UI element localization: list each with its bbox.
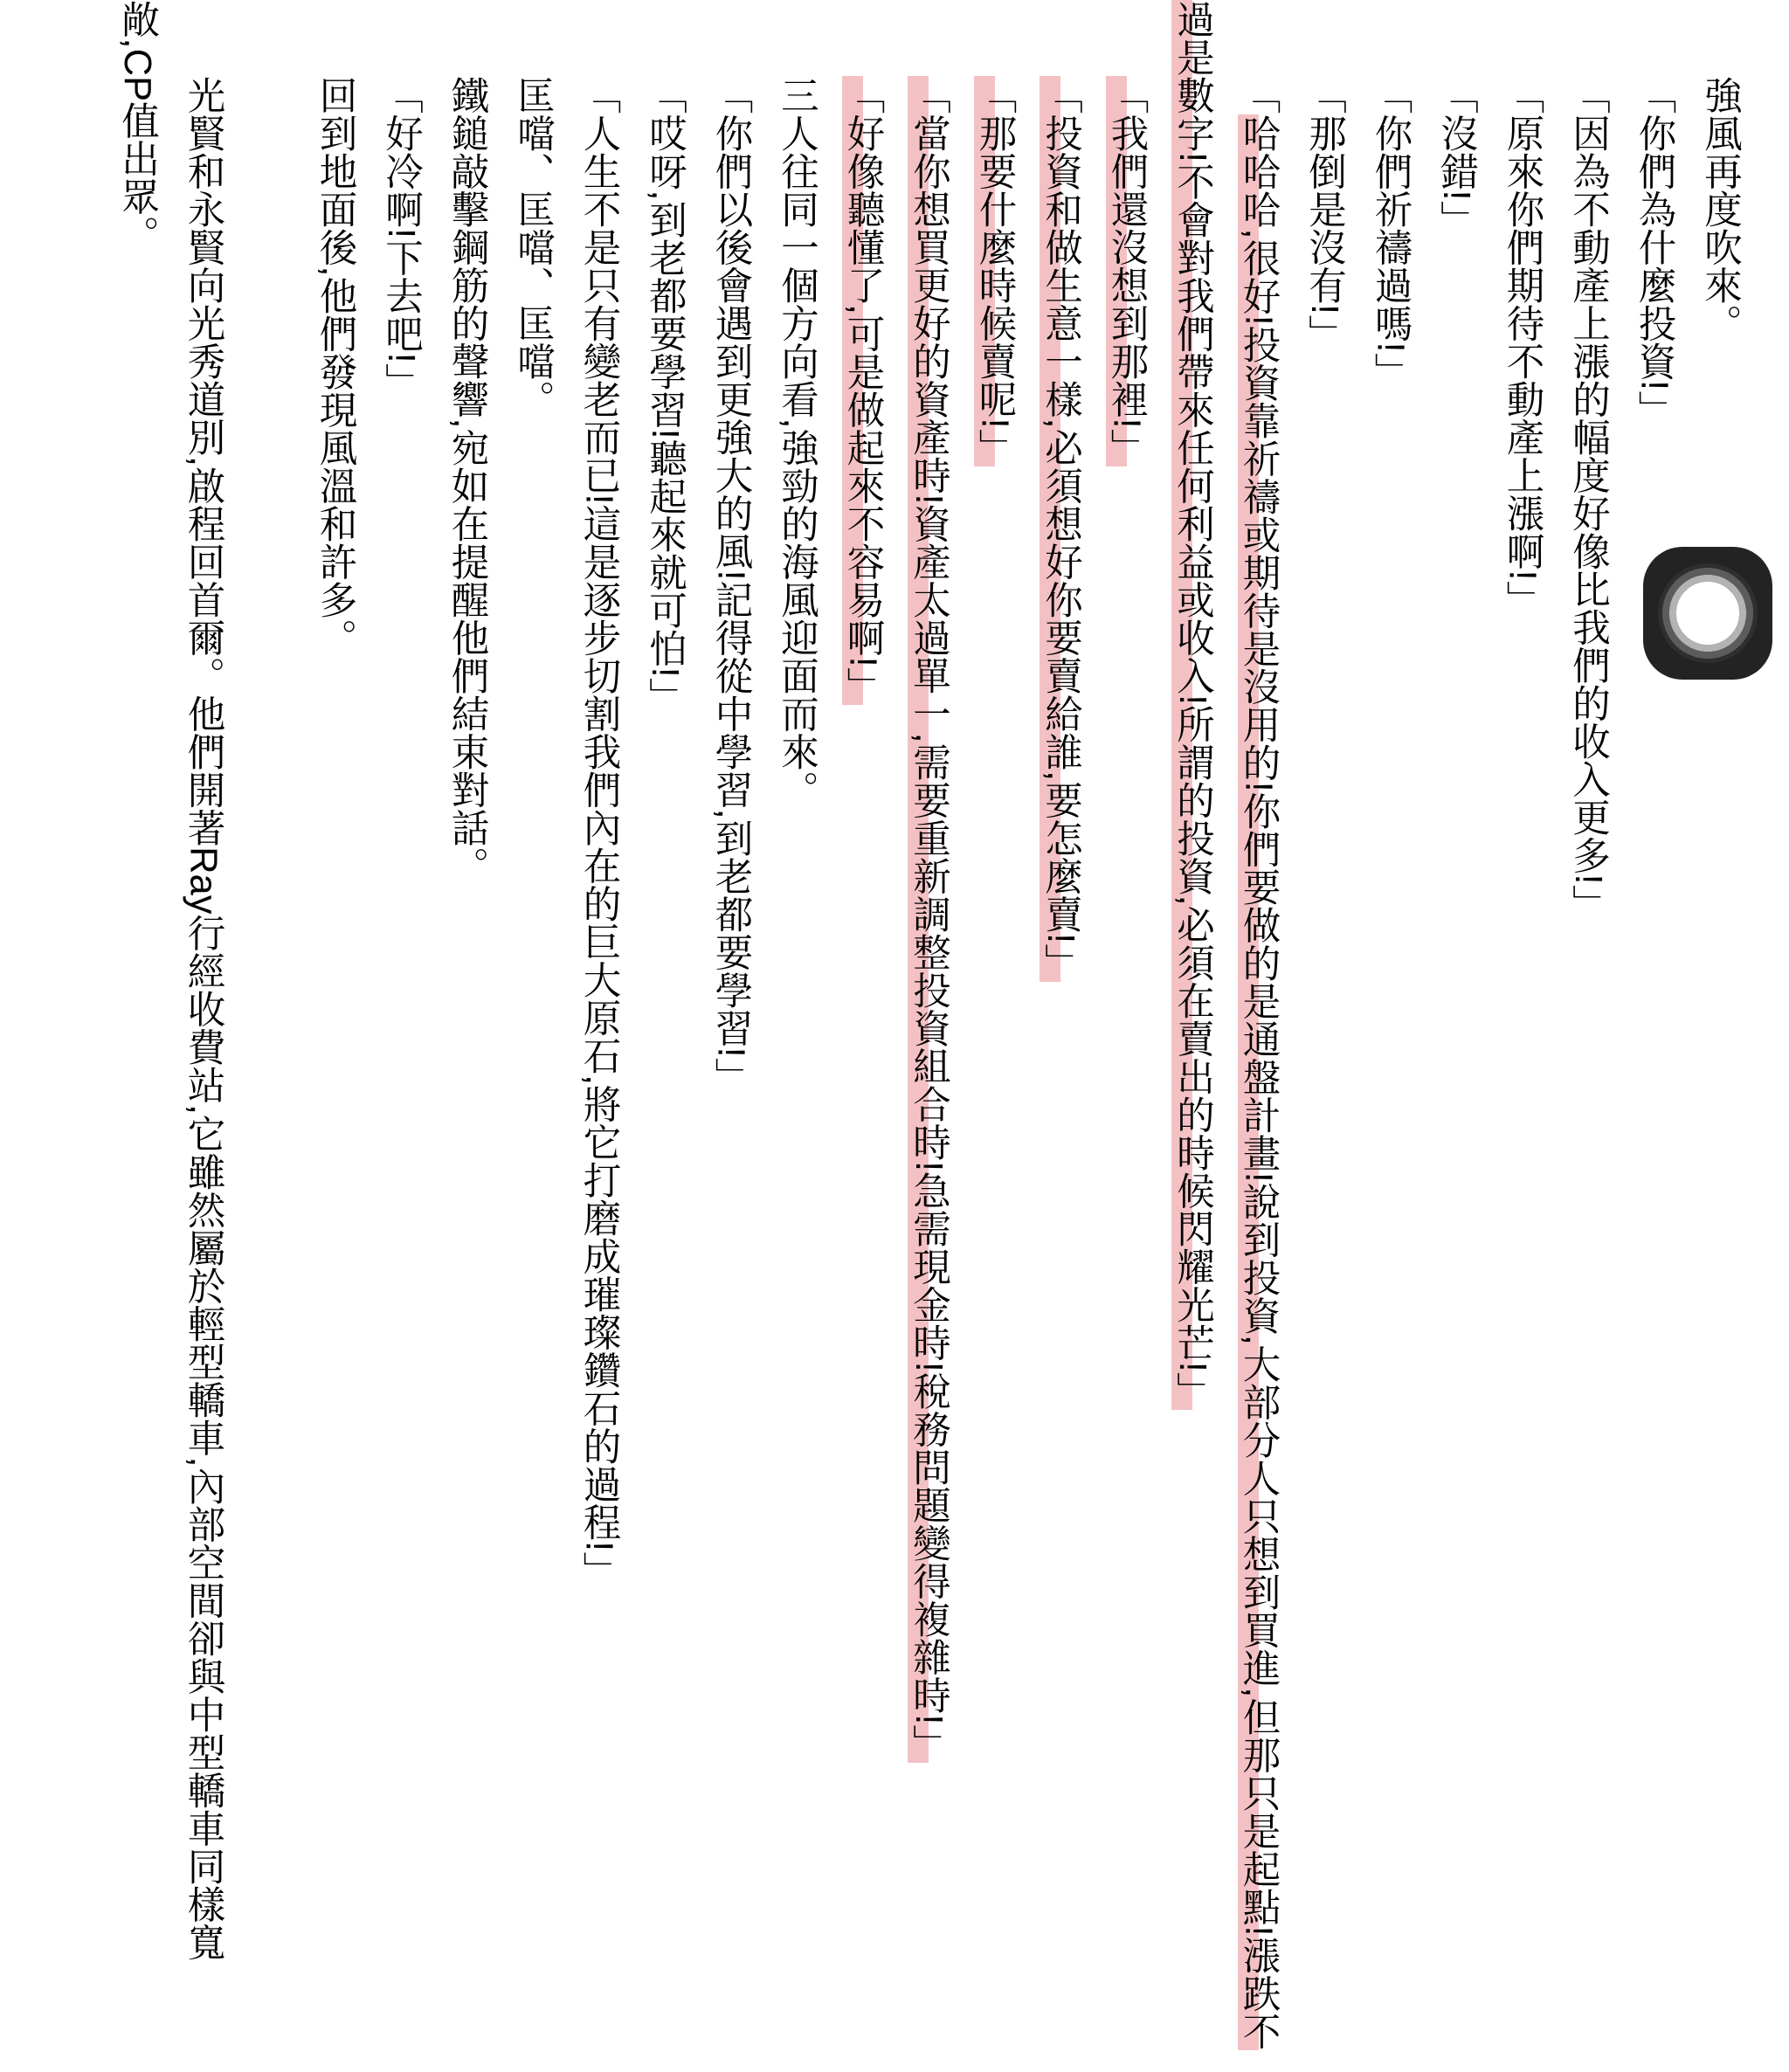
highlight-mark: 哈哈哈,很好!投資靠祈禱或期待是沒用的!你們要做的是通盤計畫!說到投資,大部分人… xyxy=(1171,0,1280,2050)
paragraph-text: 「那倒是沒有!」 xyxy=(1303,76,1345,353)
paragraph: 鐵鎚敲擊鋼筋的聲響,宛如在提醒他們結束對話。 xyxy=(433,0,500,2056)
paragraph: 「好冷啊!下去吧!」 xyxy=(368,0,434,2056)
highlight-mark: 「那要什麼時候賣呢!」 xyxy=(974,76,1016,466)
paragraph-text: 光賢和永賢向光秀道別,啟程回首爾。他們開著Ray行經收費站,它雖然屬於輕型轎車,… xyxy=(116,0,224,1961)
paragraph-text: 「沒錯!」 xyxy=(1435,76,1477,238)
paragraph: 「哎呀,到老都要學習!聽起來就可怕!」 xyxy=(632,0,698,2056)
paragraph-text: 「好冷啊!下去吧!」 xyxy=(380,76,422,401)
paragraph-text: 回到地面後,他們發現風溫和許多。 xyxy=(314,76,356,657)
ebook-page: 強風再度吹來。「你們為什麼投資!」「因為不動產上漲的幅度好像比我們的收入更多!」… xyxy=(0,0,1789,2072)
text-flow: 強風再度吹來。「你們為什麼投資!」「因為不動產上漲的幅度好像比我們的收入更多!」… xyxy=(104,0,1753,2056)
paragraph-text: 「因為不動產上漲的幅度好像比我們的收入更多!」 xyxy=(1567,76,1609,922)
paragraph-text: 「人生不是只有變老而已!這是逐步切割我們內在的巨大原石,將它打磨成璀璨鑽石的過程… xyxy=(578,76,620,1590)
paragraph-text: 「你們為什麼投資!」 xyxy=(1634,76,1675,429)
paragraph: 「當你想買更好的資產時!資產太過單一,需要重新調整投資組合時!急需現金時!稅務問… xyxy=(895,0,962,2056)
paragraph: 回到地面後,他們發現風溫和許多。 xyxy=(301,0,368,2056)
camera-lens-icon[interactable] xyxy=(1643,547,1772,680)
paragraph: 「你們為什麼投資!」 xyxy=(1620,0,1687,2056)
paragraph: 匡噹、匡噹、匡噹。 xyxy=(500,0,566,2056)
paragraph: 「哈哈哈,很好!投資靠祈禱或期待是沒用的!你們要做的是通盤計畫!說到投資,大部分… xyxy=(1159,0,1291,2056)
paragraph-text: 三人往同一個方向看,強勁的海風迎面而來。 xyxy=(776,76,818,809)
paragraph: 「因為不動產上漲的幅度好像比我們的收入更多!」 xyxy=(1555,0,1621,2056)
paragraph: 「原來你們期待不動產上漲啊!」 xyxy=(1489,0,1555,2056)
paragraph: 「好像聽懂了,可是做起來不容易啊!」 xyxy=(829,0,895,2056)
paragraph-text: 「原來你們期待不動產上漲啊!」 xyxy=(1502,76,1544,618)
paragraph: 三人往同一個方向看,強勁的海風迎面而來。 xyxy=(763,0,830,2056)
blank-paragraph xyxy=(236,0,302,2056)
paragraph-text: 匡噹、匡噹、匡噹。 xyxy=(512,76,554,418)
paragraph-text: 鐵鎚敲擊鋼筋的聲響,宛如在提醒他們結束對話。 xyxy=(446,76,488,885)
highlight-mark: 「投資和做生意一樣,必須想好你要賣給誰,要怎麼賣!」 xyxy=(1040,76,1081,982)
paragraph: 「你們以後會遇到更強大的風!記得從中學習,到老都要學習!」 xyxy=(697,0,763,2056)
highlight-mark: 「當你想買更好的資產時!資產太過單一,需要重新調整投資組合時!急需現金時!稅務問… xyxy=(908,76,950,1763)
paragraph: 「我們還沒想到那裡!」 xyxy=(1093,0,1159,2056)
paragraph: 光賢和永賢向光秀道別,啟程回首爾。他們開著Ray行經收費站,它雖然屬於輕型轎車,… xyxy=(104,0,236,2056)
highlight-mark: 「我們還沒想到那裡!」 xyxy=(1106,76,1148,466)
paragraph-text: 「哎呀,到老都要學習!聽起來就可怕!」 xyxy=(644,76,686,715)
highlight-mark: 「好像聽懂了,可是做起來不容易啊!」 xyxy=(842,76,884,705)
paragraph: 強風再度吹來。 xyxy=(1687,0,1753,2056)
paragraph: 「那要什麼時候賣呢!」 xyxy=(961,0,1027,2056)
paragraph-text: 「你們祈禱過嗎!」 xyxy=(1370,76,1412,390)
paragraph-text: 「你們以後會遇到更強大的風!記得從中學習,到老都要學習!」 xyxy=(710,76,752,1095)
paragraph: 「沒錯!」 xyxy=(1423,0,1489,2056)
paragraph-text: 「 xyxy=(1238,76,1280,114)
paragraph: 「你們祈禱過嗎!」 xyxy=(1357,0,1423,2056)
paragraph: 「人生不是只有變老而已!這是逐步切割我們內在的巨大原石,將它打磨成璀璨鑽石的過程… xyxy=(565,0,632,2056)
paragraph: 「投資和做生意一樣,必須想好你要賣給誰,要怎麼賣!」 xyxy=(1027,0,1094,2056)
paragraph-text: 強風再度吹來。 xyxy=(1699,76,1741,342)
paragraph: 「那倒是沒有!」 xyxy=(1291,0,1357,2056)
